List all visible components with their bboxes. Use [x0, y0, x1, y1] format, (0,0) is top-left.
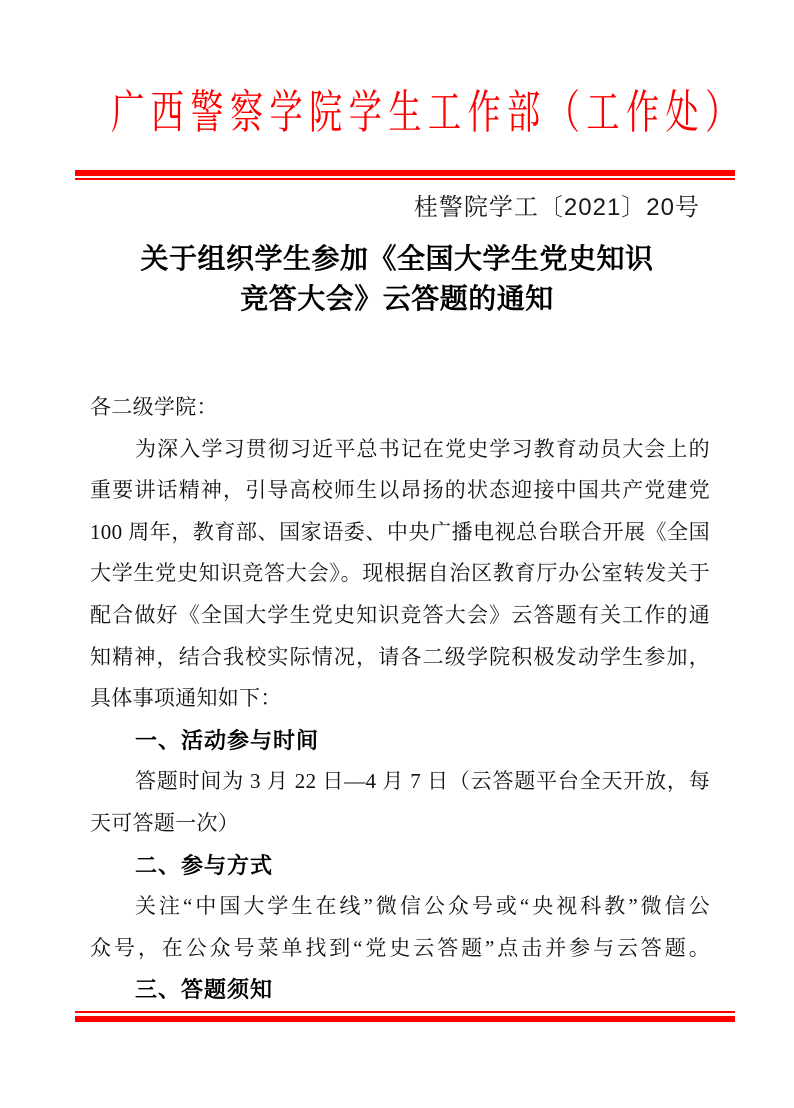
body-line-7: 知精神，结合我校实际情况，请各二级学院积极发动学生参加，: [90, 637, 710, 679]
body-line-14: 众号，在公众号菜单找到“党史云答题”点击并参与云答题。: [90, 928, 710, 970]
section-heading-2: 二、参与方式: [90, 845, 710, 887]
header-red-rule: [75, 170, 735, 180]
body-line-13: 关注“中国大学生在线”微信公众号或“央视科教”微信公: [90, 886, 710, 928]
section-heading-1: 一、活动参与时间: [90, 720, 710, 762]
salutation: 各二级学院：: [90, 387, 710, 429]
body-line-4: 100 周年，教育部、国家语委、中央广播电视总台联合开展《全国: [90, 512, 710, 554]
body-line-8: 具体事项通知如下：: [90, 678, 710, 720]
document-body: 各二级学院： 为深入学习贯彻习近平总书记在党史学习教育动员大会上的 重要讲话精神…: [90, 387, 710, 1011]
body-line-2: 为深入学习贯彻习近平总书记在党史学习教育动员大会上的: [90, 429, 710, 471]
body-line-3: 重要讲话精神，引导高校师生以昂扬的状态迎接中国共产党建党: [90, 470, 710, 512]
section-heading-3: 三、答题须知: [90, 969, 710, 1011]
body-line-10: 答题时间为 3 月 22 日—4 月 7 日（云答题平台全天开放，每: [90, 761, 710, 803]
org-header-title: 广西警察学院学生工作部（工作处）: [111, 85, 683, 141]
body-line-6: 配合做好《全国大学生党史知识竞答大会》云答题有关工作的通: [90, 595, 710, 637]
body-line-5: 大学生党史知识竞答大会》。现根据自治区教育厅办公室转发关于: [90, 553, 710, 595]
document-number: 桂警院学工〔2021〕20号: [414, 192, 700, 224]
document-page: 广西警察学院学生工作部（工作处） 桂警院学工〔2021〕20号 关于组织学生参加…: [0, 0, 794, 1108]
body-line-11: 天可答题一次）: [90, 803, 710, 845]
document-title-line-2: 竞答大会》云答题的通知: [0, 280, 794, 320]
document-title: 关于组织学生参加《全国大学生党史知识 竞答大会》云答题的通知: [0, 240, 794, 320]
footer-red-rule: [75, 1011, 735, 1022]
document-title-line-1: 关于组织学生参加《全国大学生党史知识: [0, 240, 794, 280]
